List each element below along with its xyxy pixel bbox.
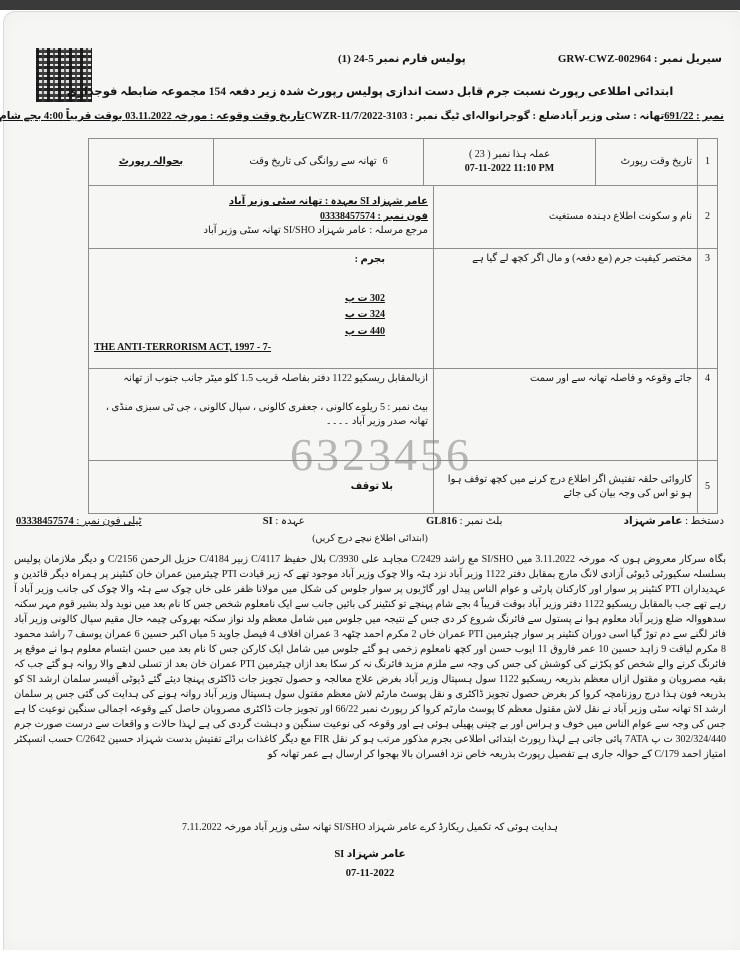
offence-sections: بجرم : 302 ت پ 324 ت پ 440 ت پ THE ANTI-… — [89, 249, 433, 368]
place-details: ازبالمقابل ریسکیو 1122 دفتر بفاصلہ قریب … — [89, 369, 433, 460]
departure-label-cell: 6 تھانہ سے روانگی کی تاریخ وقت — [213, 139, 423, 185]
fir-document-scan: سیریل نمبر : GRW-CWZ-002964 پولیس فارم ن… — [0, 0, 740, 980]
informant-phone: فون نمبر : 03338457574 — [94, 210, 428, 225]
informant-details: عامر شہزاد SI بعہدہ : تھانہ سٹی وزیر آبا… — [89, 186, 433, 248]
signature-strip: دستخط : عامر شہزاد بلٹ نمبر : GL816 عہدہ… — [16, 515, 724, 527]
penal-section-440: 440 ت پ — [94, 325, 385, 340]
row-number: 2 — [697, 186, 717, 248]
penal-section-302: 302 ت پ — [94, 292, 385, 307]
row-number: 4 — [697, 369, 717, 460]
departure-value: بحوالہ رپورٹ — [89, 139, 213, 185]
anti-terrorism-act: THE ANTI-TERRORISM ACT, 1997 - 7- — [94, 341, 385, 356]
informant-name: عامر شہزاد SI بعہدہ : تھانہ سٹی وزیر آبا… — [94, 195, 428, 210]
table-row-informant: 2 نام و سکونت اطلاع دہندہ مستغیث عامر شہ… — [89, 186, 717, 249]
place-label: جائے وقوعہ و فاصلہ تھانہ سے اور سمت — [433, 369, 697, 460]
table-row-delay: 5 کاروائی حلقہ تفتیش اگر اطلاع درج کرنے … — [89, 461, 717, 513]
scan-top-strip — [0, 0, 740, 10]
fir-title: ابتدائی اطلاعی رپورٹ نسبت جرم قابل دست ا… — [30, 84, 710, 98]
signer-date: 07-11-2022 — [0, 868, 740, 879]
narrative-closing: ہدایت ہوئی کہ تکمیل ریکارڈ کرے عامر شہزا… — [14, 822, 726, 833]
penal-section-324: 324 ت پ — [94, 308, 385, 323]
etag-number: ای ٹیگ نمبر : CWZR-11/7/2022-3103 — [305, 110, 476, 122]
fir-table: 1 تاریخ وقت رپورٹ عملہ ہذا نمبر ( 23 ) 0… — [88, 138, 718, 514]
offence-label: مختصر کیفیت جرم (مع دفعہ) و مال اگر کچھ … — [433, 249, 697, 368]
report-timestamp: 07-11-2022 11:10 PM — [429, 162, 590, 177]
row-number: 5 — [697, 461, 717, 513]
serial-number: سیریل نمبر : GRW-CWZ-002964 — [558, 52, 722, 65]
place-line1: ازبالمقابل ریسکیو 1122 دفتر بفاصلہ قریب … — [94, 372, 428, 387]
table-row-place: 4 جائے وقوعہ و فاصلہ تھانہ سے اور سمت از… — [89, 369, 717, 461]
report-datetime-label: تاریخ وقت رپورٹ — [595, 139, 697, 185]
row-number: 1 — [697, 139, 717, 185]
serial-label: سیریل نمبر : — [654, 53, 722, 65]
phone-field: ٹیلی فون نمبر : 03338457574 — [16, 515, 142, 527]
report-datetime-value: عملہ ہذا نمبر ( 23 ) 07-11-2022 11:10 PM — [423, 139, 595, 185]
informant-reference: مرجع مرسلہ : عامر شہزاد SI/SHO تھانہ سٹی… — [94, 224, 428, 239]
belt-number-field: بلٹ نمبر : GL816 — [426, 515, 502, 527]
fir-number: نمبر : 691/22 — [664, 110, 724, 122]
table-row-offence: 3 مختصر کیفیت جرم (مع دفعہ) و مال اگر کچ… — [89, 249, 717, 369]
police-station: تھانہ : سٹی وزیر آباد — [560, 110, 664, 122]
district: ضلع : گوجرانوالہ — [475, 110, 560, 122]
place-line2: بیٹ نمبر : 5 ریلوے کالونی ، جعفری کالونی… — [94, 401, 428, 430]
table-row-report-datetime: 1 تاریخ وقت رپورٹ عملہ ہذا نمبر ( 23 ) 0… — [89, 139, 717, 186]
serial-value: GRW-CWZ-002964 — [558, 53, 651, 65]
report-ref: عملہ ہذا نمبر ( 23 ) — [429, 148, 590, 163]
occurrence-datetime: تاریخ وقت وقوعہ : مورخہ 03.11.2022 بوقت … — [0, 110, 305, 122]
informant-label: نام و سکونت اطلاع دہندہ مستغیث — [433, 186, 697, 248]
rank-field: عہدہ : SI — [263, 515, 305, 527]
delay-label: کاروائی حلقہ تفتیش اگر اطلاع درج کرنے می… — [433, 461, 697, 513]
write-initial-report-note: (ابتدائی اطلاع نیچے درج کریں) — [0, 533, 740, 544]
offence-heading: بجرم : — [94, 253, 385, 268]
row-number-6: 6 — [383, 155, 388, 170]
departure-label: تھانہ سے روانگی کی تاریخ وقت — [249, 155, 376, 170]
signer-name: عامر شہزاد SI — [0, 848, 740, 860]
narrative-body: بگاہ سرکار معروض ہوں کہ مورخہ 3.11.2022 … — [14, 552, 726, 820]
fir-meta-line: نمبر : 691/22 تھانہ : سٹی وزیر آباد ضلع … — [16, 110, 724, 122]
signature-field: دستخط : عامر شہزاد — [624, 515, 724, 527]
police-form-number: پولیس فارم نمبر 5-24 (1) — [338, 52, 466, 65]
row-number: 3 — [697, 249, 717, 368]
delay-value: بلا توقف — [89, 461, 433, 513]
